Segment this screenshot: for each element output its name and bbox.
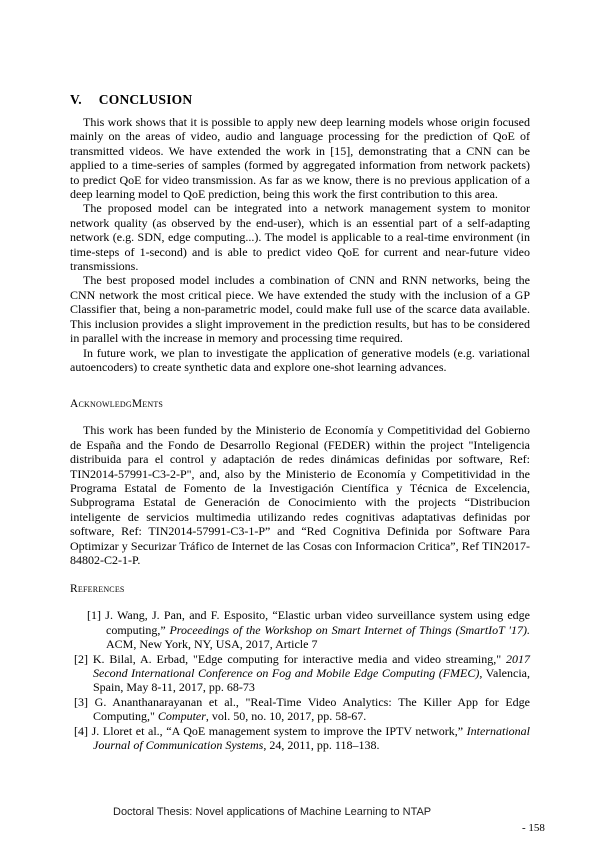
reference-2-label: [2] (74, 652, 88, 666)
reference-1-tail: ACM, New York, NY, USA, 2017, Article 7 (106, 637, 317, 651)
reference-1-venue: Proceedings of the Workshop on Smart Int… (169, 623, 530, 637)
thesis-page: V.CONCLUSION This work shows that it is … (0, 0, 596, 842)
reference-item-1: [1] J. Wang, J. Pan, and F. Esposito, “E… (87, 608, 530, 651)
reference-4-tail: , 24, 2011, pp. 118–138. (263, 738, 379, 752)
references-heading: References (70, 583, 530, 595)
reference-4-text: J. Lloret et al., “A QoE management syst… (92, 724, 467, 738)
reference-3-tail: , vol. 50, no. 10, 2017, pp. 58-67. (206, 709, 366, 723)
reference-item-2: [2] K. Bilal, A. Erbad, "Edge computing … (74, 652, 530, 695)
acknowledgments-heading: AcknowledgMents (70, 398, 530, 410)
conclusion-paragraph-1: This work shows that it is possible to a… (70, 115, 530, 201)
footer-page-number: - 158 (522, 822, 545, 834)
section-heading: V.CONCLUSION (70, 92, 530, 108)
reference-item-3: [3] G. Ananthanarayanan et al., "Real-Ti… (74, 695, 530, 724)
reference-item-4: [4] J. Lloret et al., “A QoE management … (74, 724, 530, 753)
section-number: V. (70, 92, 82, 108)
conclusion-paragraph-4: In future work, we plan to investigate t… (70, 346, 530, 375)
conclusion-paragraph-3: The best proposed model includes a combi… (70, 273, 530, 345)
references-list: [1] J. Wang, J. Pan, and F. Esposito, “E… (74, 608, 530, 752)
reference-1-label: [1] (87, 608, 101, 622)
section-title: CONCLUSION (99, 92, 193, 107)
reference-3-venue: Computer (158, 709, 206, 723)
reference-3-label: [3] (74, 695, 88, 709)
reference-4-label: [4] (74, 724, 88, 738)
reference-2-text: K. Bilal, A. Erbad, "Edge computing for … (93, 652, 506, 666)
conclusion-paragraph-2: The proposed model can be integrated int… (70, 201, 530, 273)
page-content: V.CONCLUSION This work shows that it is … (70, 92, 530, 752)
footer-thesis-title: Doctoral Thesis: Novel applications of M… (113, 806, 431, 818)
acknowledgments-text: This work has been funded by the Ministe… (70, 423, 530, 567)
